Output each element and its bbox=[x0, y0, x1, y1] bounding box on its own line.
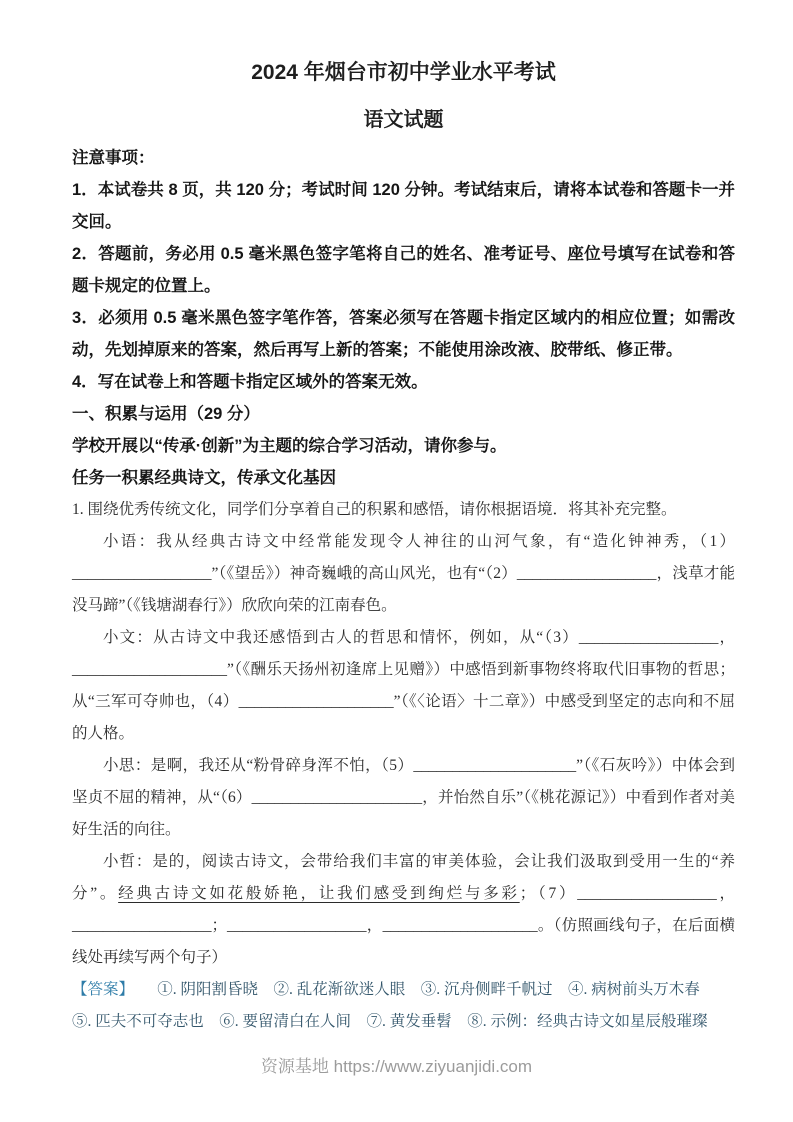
text-run: 3．必须用 0.5 毫米黑色签字笔作答，答案必须写在答题卡指定区域内的相应位置；… bbox=[72, 309, 735, 359]
notice-item-4: 4．写在试卷上和答题卡指定区域外的答案无效。 bbox=[72, 366, 735, 398]
footer: 资源基地 https://www.ziyuanjidi.com bbox=[0, 1052, 793, 1077]
exam-page: { "page": { "footer": "资源基地 https://www.… bbox=[0, 0, 793, 1122]
text-run: 4．写在试卷上和答题卡指定区域外的答案无效。 bbox=[72, 373, 428, 391]
doc-title: 2024 年烟台市初中学业水平考试 bbox=[72, 58, 735, 88]
doc-subtitle: 语文试题 bbox=[72, 106, 735, 134]
answer-row-2: ⑤. 匹夫不可夺志也 ⑥. 要留清白在人间 ⑦. 黄发垂髫 ⑧. 示例：经典古诗… bbox=[72, 1006, 735, 1038]
dialogue-xiaosi: 小思：是啊，我还从“粉骨碎身浑不怕，（5）___________________… bbox=[72, 750, 735, 846]
text-run: 2．答题前，务必用 0.5 毫米黑色签字笔将自己的姓名、准考证号、座位号填写在试… bbox=[72, 245, 735, 295]
section-heading: 一、积累与运用（29 分） bbox=[72, 398, 735, 430]
text-run: 小思：是啊，我还从“粉骨碎身浑不怕，（5）___________________… bbox=[72, 757, 735, 838]
text-run: 2024 年烟台市初中学业水平考试 bbox=[251, 61, 556, 84]
answer-row-1: 【答案】 ①. 阴阳割昏晓 ②. 乱花渐欲迷人眼 ③. 沉舟侧畔千帆过 ④. 病… bbox=[72, 974, 735, 1006]
notice-item-2: 2．答题前，务必用 0.5 毫米黑色签字笔将自己的姓名、准考证号、座位号填写在试… bbox=[72, 238, 735, 302]
text-run: ①. 阴阳割昏晓 ②. 乱花渐欲迷人眼 ③. 沉舟侧畔千帆过 ④. 病树前头万木… bbox=[126, 981, 700, 998]
text-run: 小语：我从经典古诗文中经常能发现令人神往的山河气象，有“造化钟神秀，（1）___… bbox=[72, 533, 735, 614]
text-run: 注意事项： bbox=[72, 149, 155, 167]
dialogue-xiaowen: 小文：从古诗文中我还感悟到古人的哲思和情怀，例如，从“（3）__________… bbox=[72, 622, 735, 750]
text-run: ⑤. 匹夫不可夺志也 ⑥. 要留清白在人间 ⑦. 黄发垂髫 ⑧. 示例：经典古诗… bbox=[72, 1013, 708, 1030]
dialogue-xiaozhe: 小哲：是的，阅读古诗文，会带给我们丰富的审美体验，会让我们汲取到受用一生的“养分… bbox=[72, 846, 735, 974]
dialogue-xiaoyu: 小语：我从经典古诗文中经常能发现令人神往的山河气象，有“造化钟神秀，（1）___… bbox=[72, 526, 735, 622]
notice-item-1: 1．本试卷共 8 页，共 120 分；考试时间 120 分钟。考试结束后，请将本… bbox=[72, 174, 735, 238]
answer-label: 【答案】 bbox=[72, 981, 126, 998]
footer-text: 资源基地 https://www.ziyuanjidi.com bbox=[261, 1057, 532, 1076]
text-run: 语文试题 bbox=[364, 109, 444, 131]
activity-intro: 学校开展以“传承·创新”为主题的综合学习活动，请你参与。 bbox=[72, 430, 735, 462]
document-body: 2024 年烟台市初中学业水平考试语文试题注意事项：1．本试卷共 8 页，共 1… bbox=[72, 58, 735, 1038]
text-run: 小文：从古诗文中我还感悟到古人的哲思和情怀，例如，从“（3）__________… bbox=[72, 629, 735, 742]
text-run: 学校开展以“传承·创新”为主题的综合学习活动，请你参与。 bbox=[72, 437, 507, 455]
question-1-stem: 1. 围绕优秀传统文化，同学们分享着自己的积累和感悟，请你根据语境．将其补充完整… bbox=[72, 494, 735, 526]
text-run: 1．本试卷共 8 页，共 120 分；考试时间 120 分钟。考试结束后，请将本… bbox=[72, 181, 735, 231]
text-run: 任务一积累经典诗文，传承文化基因 bbox=[72, 469, 336, 487]
notice-item-3: 3．必须用 0.5 毫米黑色签字笔作答，答案必须写在答题卡指定区域内的相应位置；… bbox=[72, 302, 735, 366]
text-run: 一、积累与运用（29 分） bbox=[72, 405, 260, 423]
text-run: 1. 围绕优秀传统文化，同学们分享着自己的积累和感悟，请你根据语境．将其补充完整… bbox=[72, 501, 677, 518]
underlined-model-sentence: 经典古诗文如花般娇艳，让我们感受到绚烂与多彩 bbox=[118, 885, 520, 902]
notice-heading: 注意事项： bbox=[72, 142, 735, 174]
task-heading: 任务一积累经典诗文，传承文化基因 bbox=[72, 462, 735, 494]
